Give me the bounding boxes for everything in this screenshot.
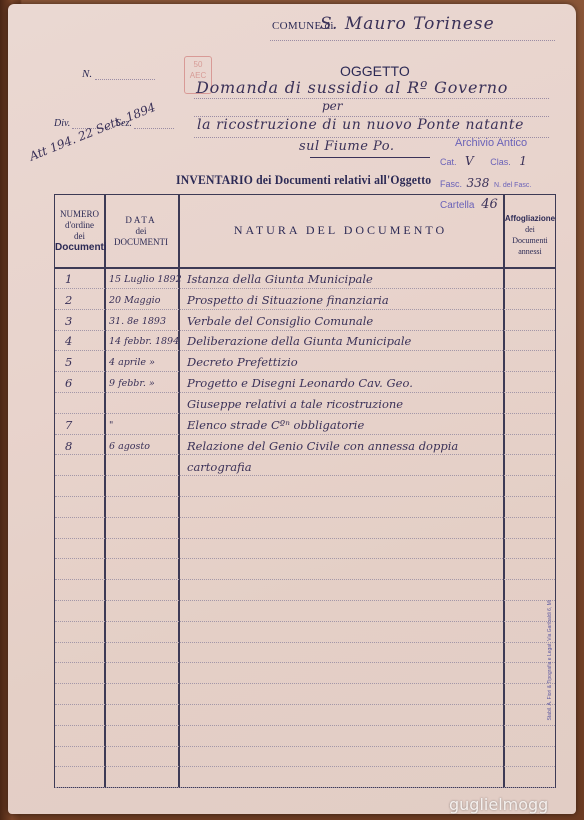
row-date: 20 Maggio: [109, 295, 160, 306]
oggetto-line-1: Domanda di sussidio al Rº Governo: [196, 78, 508, 97]
row-date: ": [109, 420, 113, 431]
oggetto-per: per: [322, 99, 343, 113]
cat-value: V: [465, 154, 474, 168]
column-divider: [503, 195, 505, 787]
header-text: Documenti: [503, 235, 557, 246]
ruled-line: [55, 371, 555, 372]
row-number: 5: [65, 355, 72, 369]
row-date: 9 febbr. »: [109, 378, 155, 389]
cat-label: Cat.: [440, 157, 457, 167]
row-number: 8: [65, 439, 72, 453]
header-text: dei: [503, 224, 557, 235]
inventory-table: NUMERO d'ordine dei Documenti DATA dei D…: [54, 194, 556, 788]
row-date: 4 aprile »: [109, 357, 155, 368]
row-nature: Progetto e Disegni Leonardo Cav. Geo.: [187, 376, 413, 390]
header-text: Documenti: [55, 242, 104, 253]
row-number: 6: [65, 376, 72, 390]
watermark: guglielmogg: [449, 795, 548, 814]
underline-stroke: [310, 157, 430, 158]
ruled-line: [55, 454, 555, 455]
ruled-line: [55, 392, 555, 393]
row-nature: cartografia: [187, 460, 252, 474]
row-nature: Giuseppe relativi a tale ricostruzione: [187, 397, 403, 411]
oggetto-line-2: la ricostruzione di un nuovo Ponte natan…: [197, 117, 524, 133]
row-nature: Relazione del Genio Civile con annessa d…: [187, 439, 458, 453]
oggetto-dotted-line-1: [194, 98, 549, 99]
header-text: DOCUMENTI: [104, 237, 178, 248]
sez-dotted-line: [134, 128, 174, 129]
archive-fasc: Fasc. 338 N. del Fasc.: [440, 176, 531, 190]
ruled-line: [55, 704, 555, 705]
column-header-numero: NUMERO d'ordine dei Documenti: [55, 209, 104, 253]
ruled-line: [55, 517, 555, 518]
column-header-data: DATA dei DOCUMENTI: [104, 215, 178, 248]
row-nature: Elenco strade Cºⁿ obbligatorie: [187, 418, 364, 432]
archive-cat-clas: Cat. V Clas. 1: [440, 154, 527, 168]
ruled-line: [55, 725, 555, 726]
column-header-natura: NATURA DEL DOCUMENTO: [178, 225, 503, 236]
div-label: Div.: [54, 118, 70, 129]
ruled-line: [55, 350, 555, 351]
header-divider: [55, 267, 555, 269]
ruled-line: [55, 787, 555, 788]
header-text: dei: [104, 226, 178, 237]
ruled-line: [55, 766, 555, 767]
n-label: N.: [82, 68, 92, 80]
row-date: 15 Luglio 1892: [109, 274, 182, 285]
clas-value: 1: [519, 154, 527, 168]
header-text: d'ordine: [55, 220, 104, 231]
column-header-affogliazione: Affogliazione dei Documenti annessi: [503, 213, 557, 257]
fasc-label: Fasc.: [440, 179, 462, 189]
oggetto-line-3: sul Fiume Po.: [299, 139, 395, 154]
comune-value: S. Mauro Torinese: [320, 14, 495, 34]
row-date: 14 febbr. 1894: [109, 336, 179, 347]
ruled-line: [55, 746, 555, 747]
row-number: 2: [65, 293, 72, 307]
ruled-line: [55, 309, 555, 310]
n-dotted-line: [95, 79, 155, 80]
oggetto-label: OGGETTO: [340, 63, 410, 79]
header-text: NUMERO: [55, 209, 104, 220]
ruled-line: [55, 579, 555, 580]
ruled-line: [55, 621, 555, 622]
ruled-line: [55, 330, 555, 331]
ruled-line: [55, 642, 555, 643]
inventory-title: INVENTARIO dei Documenti relativi all'Og…: [176, 172, 431, 188]
header-text: DATA: [104, 215, 178, 226]
row-date: 31. 8e 1893: [109, 316, 166, 327]
ruled-line: [55, 496, 555, 497]
row-date: 6 agosto: [109, 441, 150, 452]
row-number: 3: [65, 314, 72, 328]
header-text: Affogliazione: [503, 213, 557, 224]
archive-stamp-title: Archivio Antico: [455, 137, 527, 149]
comune-dotted-line: [270, 40, 555, 41]
ruled-line: [55, 288, 555, 289]
row-number: 4: [65, 334, 72, 348]
header-text: dei: [55, 231, 104, 242]
fasc-suffix: N. del Fasc.: [494, 182, 531, 189]
row-nature: Deliberazione della Giunta Municipale: [187, 334, 411, 348]
row-nature: Prospetto di Situazione finanziaria: [187, 293, 389, 307]
row-number: 1: [65, 272, 72, 286]
ruled-line: [55, 475, 555, 476]
ruled-line: [55, 558, 555, 559]
row-nature: Istanza della Giunta Municipale: [187, 272, 373, 286]
ruled-line: [55, 538, 555, 539]
printer-note: Stabil. A. Fiori & Tipografia e Legat. V…: [547, 600, 553, 721]
ruled-line: [55, 413, 555, 414]
column-divider: [104, 195, 106, 787]
ruled-line: [55, 662, 555, 663]
row-nature: Decreto Prefettizio: [187, 355, 298, 369]
clas-label: Clas.: [490, 157, 511, 167]
fasc-value: 338: [467, 176, 490, 190]
ruled-line: [55, 600, 555, 601]
row-number: 7: [65, 418, 72, 432]
ruled-line: [55, 434, 555, 435]
ruled-line: [55, 683, 555, 684]
row-nature: Verbale del Consiglio Comunale: [187, 314, 373, 328]
header-text: annessi: [503, 246, 557, 257]
